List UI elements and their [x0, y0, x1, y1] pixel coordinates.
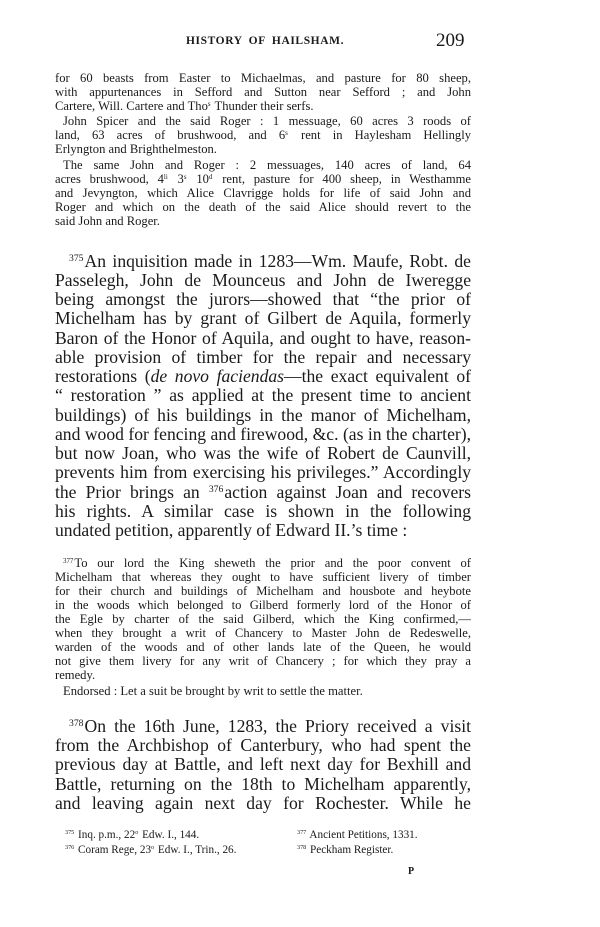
- superscript: o: [135, 830, 138, 836]
- text-line: and Jevyngton, which Alice Clavrigge hol…: [55, 186, 471, 200]
- text-line: acres brushwood, 4li 3s 10d rent, pastur…: [55, 172, 471, 186]
- footnote-number: 376: [65, 845, 74, 851]
- footnote-text: Ancient Petitions, 1331.: [309, 829, 417, 841]
- text-line: the Prior brings an 376action against Jo…: [55, 483, 471, 502]
- text-line: 378On the 16th June, 1283, the Priory re…: [55, 717, 471, 736]
- text-line: for 60 beasts from Easter to Michaelmas,…: [55, 71, 471, 85]
- text-span: the Prior brings an: [55, 482, 209, 502]
- text-line: Erlyngton and Brighthelmeston.: [55, 142, 471, 156]
- text-span: action against Joan and recovers: [224, 482, 471, 502]
- text-span: 10: [188, 172, 209, 186]
- footnote-text: Edw. I., Trin., 26.: [155, 844, 236, 856]
- footnote-ref[interactable]: 376: [209, 484, 224, 495]
- book-page: HISTORY OF HAILSHAM. 209 for 60 beasts f…: [0, 0, 600, 927]
- footnote-375: 375 Inq. p.m., 22o Edw. I., 144.: [65, 829, 199, 842]
- text-line: Michelham has by grant of Gilbert de Aqu…: [55, 309, 471, 328]
- text-line: being amongst the jurors—showed that “th…: [55, 290, 471, 309]
- text-line: prevents him from exercising his privile…: [55, 463, 471, 482]
- footnote-ref[interactable]: 378: [69, 718, 84, 729]
- text-span: restorations (: [55, 366, 151, 386]
- text-line: in the woods which belonged to Gilberd f…: [55, 598, 471, 612]
- text-line: remedy.: [55, 668, 471, 682]
- text-line: his rights. A similar case is shown in t…: [55, 502, 471, 521]
- page-number: 209: [436, 30, 465, 52]
- text-line: The same John and Roger : 2 messuages, 1…: [55, 158, 471, 172]
- text-line: from the Archbishop of Canterbury, who h…: [55, 736, 471, 755]
- footnote-number: 375: [65, 830, 74, 836]
- text-span: rent, pasture for 400 sheep, in Westhamm…: [213, 172, 471, 186]
- signature-mark: P: [408, 866, 414, 877]
- text-line: for their church and buildings of Michel…: [55, 584, 471, 598]
- footnote-text: Inq. p.m., 22: [78, 829, 135, 841]
- text-line: “ restoration ” as applied at the presen…: [55, 386, 471, 405]
- text-span: land, 63 acres of brushwood, and 6: [55, 128, 285, 142]
- text-span: On the 16th June, 1283, the Priory recei…: [85, 716, 471, 736]
- text-span: Cartere, Will. Cartere and Tho: [55, 99, 208, 113]
- superscript: s: [208, 101, 211, 108]
- text-line: but now Joan, who was the wife of Robert…: [55, 444, 471, 463]
- text-line: the Egle by charter of the said Gilberd,…: [55, 612, 471, 626]
- footnote-376: 376 Coram Rege, 23o Edw. I., Trin., 26.: [65, 844, 236, 857]
- running-title: HISTORY OF HAILSHAM.: [186, 35, 344, 47]
- text-line: Cartere, Will. Cartere and Thos Thunder …: [55, 99, 471, 113]
- footnote-text: Peckham Register.: [310, 844, 393, 856]
- footnote-text: Coram Rege, 23: [78, 844, 151, 856]
- footnote-ref[interactable]: 377: [63, 558, 73, 565]
- text-line: and wood for fencing and firewood, &c. (…: [55, 425, 471, 444]
- text-span: rent in Haylesham Hellingly: [289, 128, 471, 142]
- superscript: o: [151, 845, 154, 851]
- text-line: said John and Roger.: [55, 214, 471, 228]
- text-line: buildings) of his buildings in the manor…: [55, 406, 471, 425]
- text-line: able provision of timber for the repair …: [55, 348, 471, 367]
- text-span: An inquisition made in 1283—Wm. Maufe, R…: [85, 251, 471, 271]
- running-head: HISTORY OF HAILSHAM. 209: [0, 33, 600, 53]
- text-span: —the exact equivalent of: [284, 366, 471, 386]
- text-line: with appurtenances in Sefford and Sutton…: [55, 85, 471, 99]
- text-line: 377To our lord the King sheweth the prio…: [55, 556, 471, 570]
- text-line: not give them livery for any writ of Cha…: [55, 654, 471, 668]
- footnote-377: 377 Ancient Petitions, 1331.: [297, 829, 418, 842]
- text-line: previous day at Battle, and left next da…: [55, 755, 471, 774]
- text-line: warden of the woods and of other lands l…: [55, 640, 471, 654]
- text-line: land, 63 acres of brushwood, and 6s rent…: [55, 128, 471, 142]
- superscript: s: [285, 130, 288, 137]
- superscript: li: [164, 174, 168, 181]
- text-span: acres brushwood, 4: [55, 172, 164, 186]
- text-line: restorations (de novo faciendas—the exac…: [55, 367, 471, 386]
- text-span: 3: [169, 172, 184, 186]
- footnote-ref[interactable]: 375: [69, 253, 84, 264]
- text-line: John Spicer and the said Roger : 1 messu…: [55, 114, 471, 128]
- italic-phrase: de novo faciendas: [151, 366, 284, 386]
- text-line: Passelegh, John de Mounceus and John de …: [55, 271, 471, 290]
- text-line: Baron of the Honor of Aquila, and ought …: [55, 329, 471, 348]
- text-line: 375An inquisition made in 1283—Wm. Maufe…: [55, 252, 471, 271]
- superscript: d: [209, 174, 212, 181]
- endorsement-line: Endorsed : Let a suit be brought by writ…: [55, 684, 471, 698]
- footnote-number: 377: [297, 830, 306, 836]
- footnote-378: 378 Peckham Register.: [297, 844, 393, 857]
- text-line: Roger and which on the death of the said…: [55, 200, 471, 214]
- text-span: Thunder their serfs.: [212, 99, 314, 113]
- text-line: when they brought a writ of Chancery to …: [55, 626, 471, 640]
- text-line: Battle, returning on the 18th to Michelh…: [55, 775, 471, 794]
- text-line: and leaving again next day for Rochester…: [55, 794, 471, 813]
- text-line: undated petition, apparently of Edward I…: [55, 521, 471, 540]
- footnote-text: Edw. I., 144.: [139, 829, 199, 841]
- footnote-number: 378: [297, 845, 306, 851]
- text-line: Michelham that whereas they ought to hav…: [55, 570, 471, 584]
- superscript: s: [184, 174, 187, 181]
- text-span: To our lord the King sheweth the prior a…: [74, 556, 471, 570]
